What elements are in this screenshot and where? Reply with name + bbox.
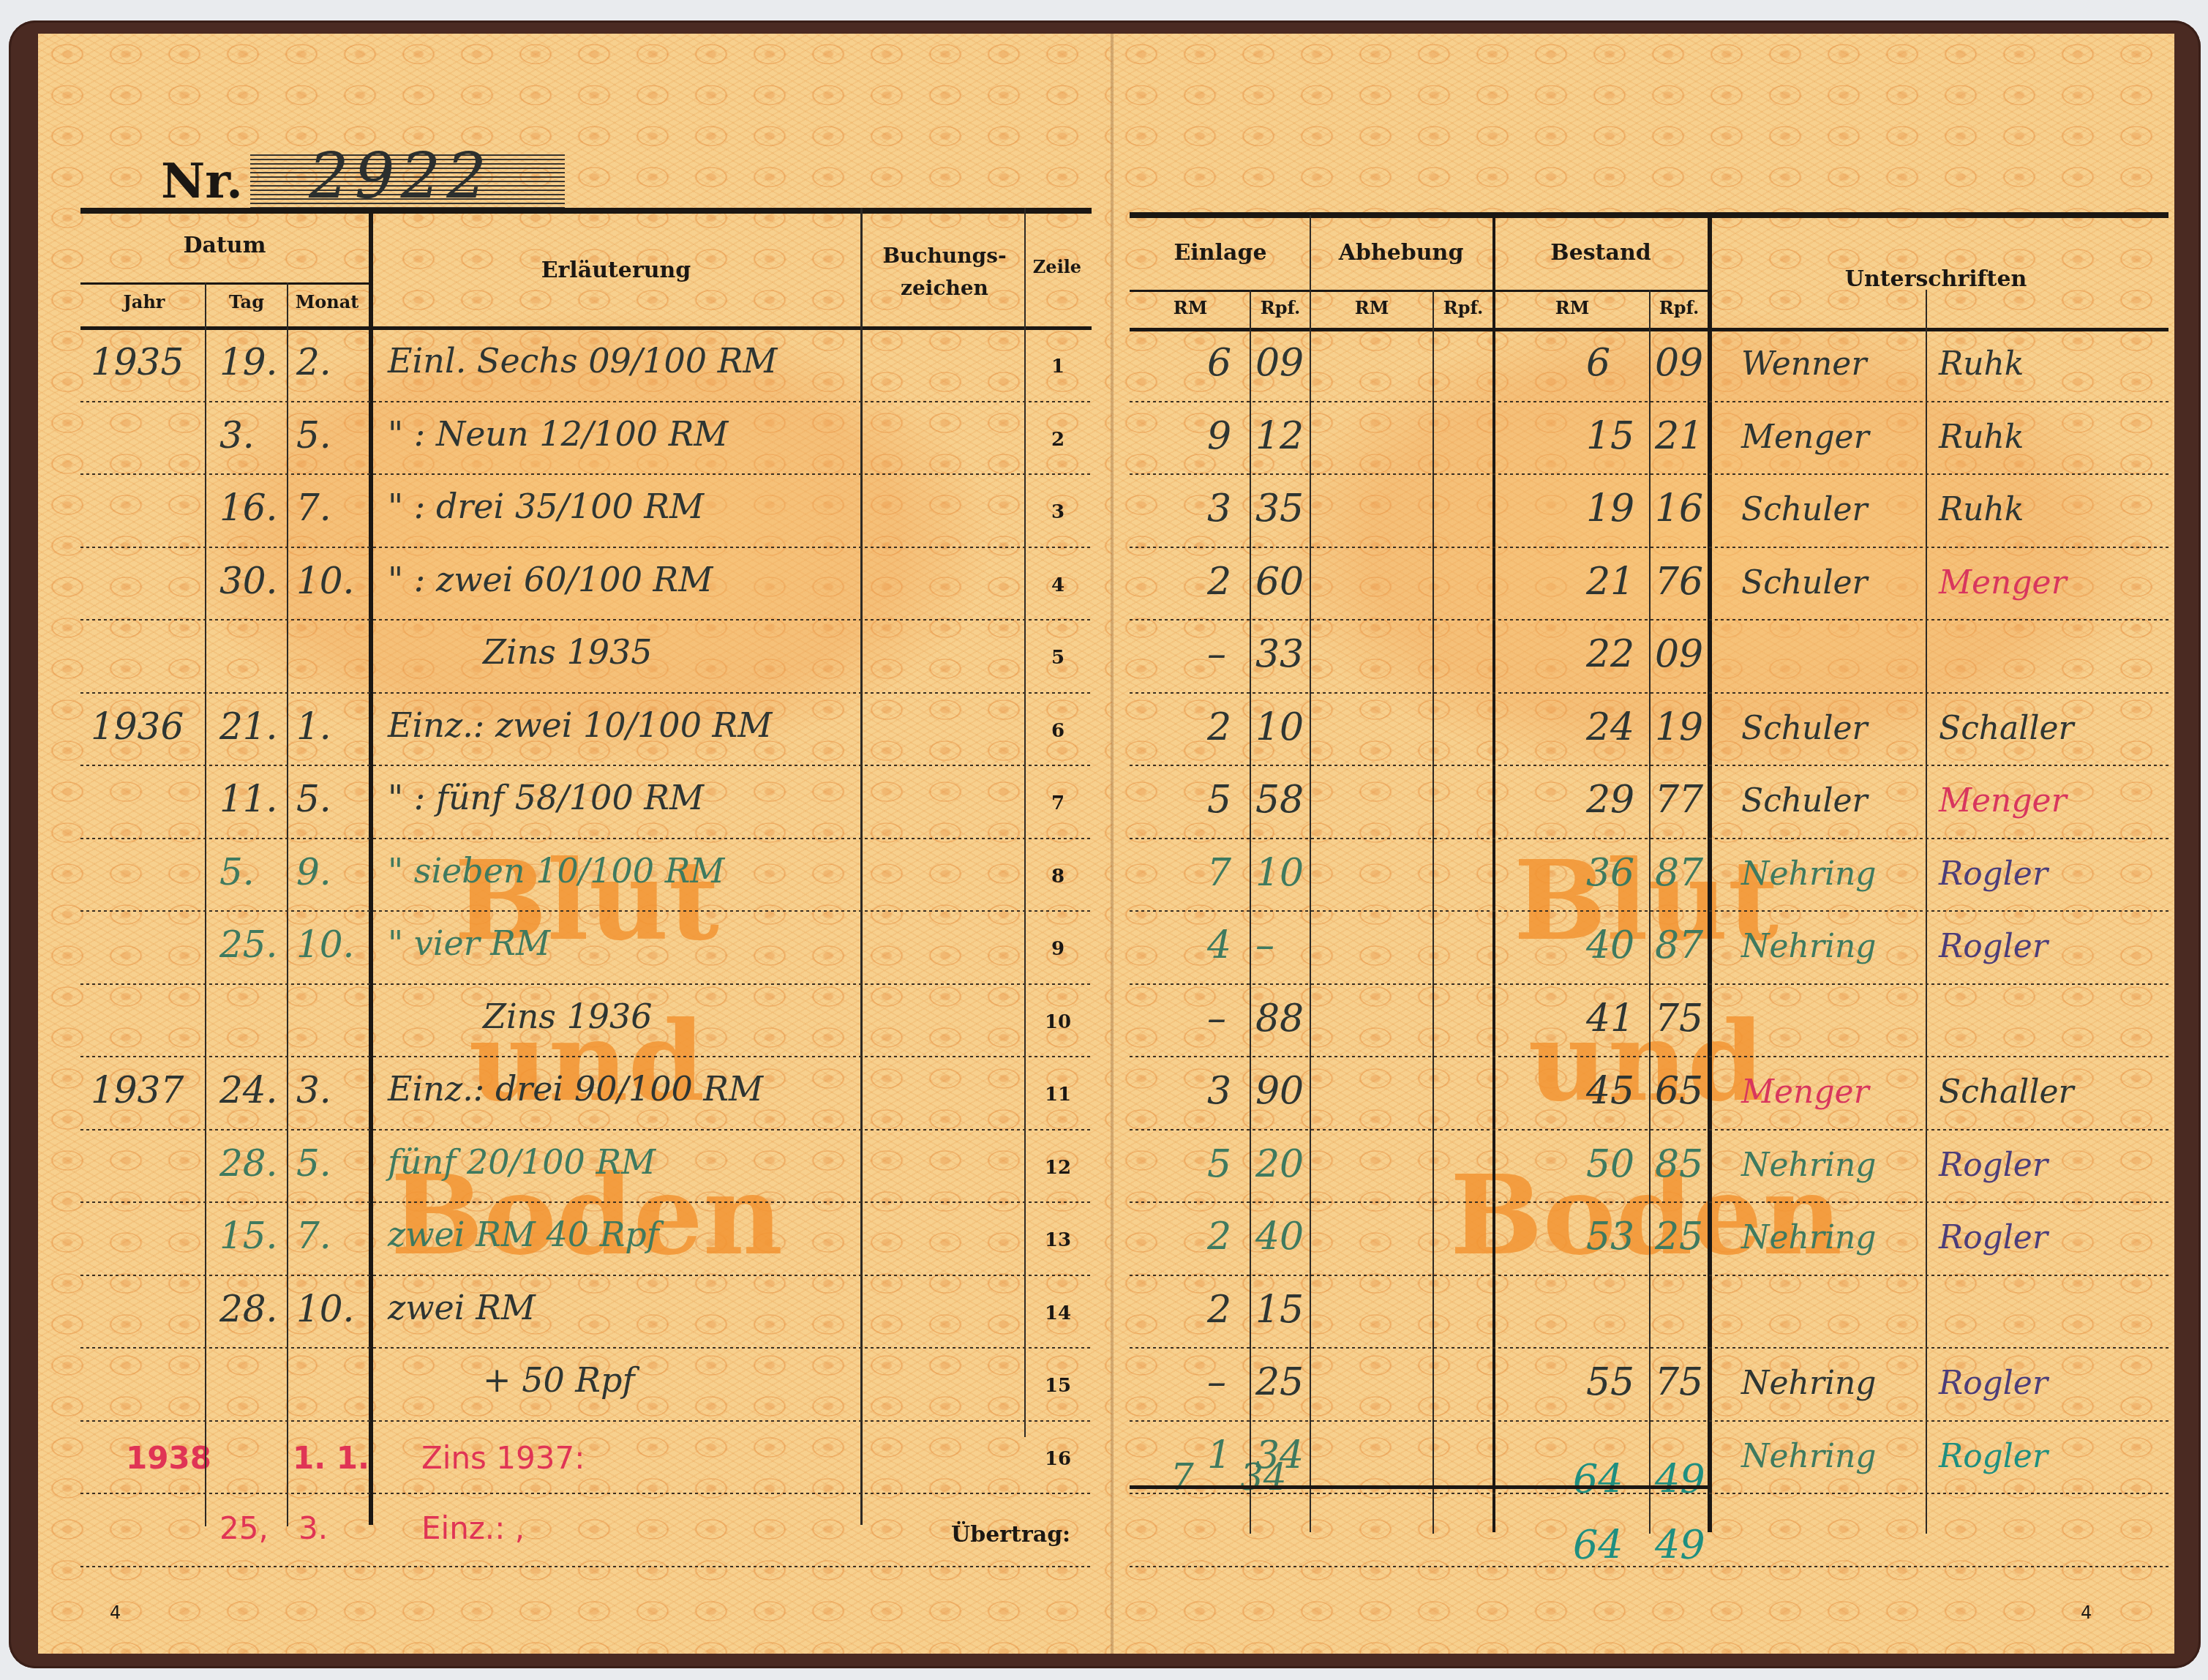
entry-month: 9.: [296, 851, 331, 893]
header-buchungszeichen: Buchungs- zeichen: [863, 240, 1026, 304]
einlage-rpf: 35: [1255, 487, 1304, 530]
entry-month: 5.: [296, 778, 331, 820]
signature-clerk-2: Ruhk: [1939, 345, 2024, 383]
col-divider: [1492, 215, 1495, 1532]
bestand-rm: 6: [1586, 341, 1610, 385]
bestand-rm: 15: [1586, 414, 1634, 458]
signature-clerk-2: Menger: [1939, 782, 2067, 820]
einlage-rpf: 09: [1255, 341, 1304, 385]
bestand-rm: 45: [1586, 1069, 1634, 1113]
bestand-rpf: 85: [1655, 1142, 1703, 1186]
entry-month: 10.: [296, 560, 355, 602]
entry-description: Zins 1935: [483, 632, 653, 672]
row-rule: [80, 1420, 1092, 1422]
row-rule: [1130, 1201, 2168, 1203]
row-rule: [1130, 401, 2168, 402]
zeile-number: 5: [1036, 647, 1080, 669]
entry-description: fünf 20/100 RM: [388, 1142, 656, 1182]
zeile-number: 11: [1036, 1084, 1080, 1106]
entry-day: 16.: [219, 487, 278, 529]
header-rpf: Rpf.: [1651, 297, 1708, 318]
col-divider: [1310, 215, 1311, 1532]
entry-day: 28.: [219, 1288, 278, 1330]
zeile-number: 8: [1036, 866, 1080, 888]
spine-fold: [1111, 34, 1114, 1654]
bestand-rpf: 75: [1655, 997, 1703, 1040]
entry-description: " vier RM: [388, 923, 550, 963]
row-rule: [1130, 1129, 2168, 1130]
row-rule: [1130, 1347, 2168, 1349]
zeile-number: 15: [1036, 1375, 1080, 1397]
bestand-rm: 24: [1586, 705, 1634, 749]
row-rule: [80, 401, 1092, 402]
einlage-rm: 1: [1207, 1433, 1231, 1477]
bestand-rpf: 65: [1655, 1069, 1703, 1113]
einlage-rm: 2: [1207, 560, 1231, 604]
entry-day: 11.: [219, 778, 278, 820]
entry-description: " : fünf 58/100 RM: [388, 778, 704, 817]
header-abhebung: Abhebung: [1310, 240, 1492, 266]
header-rm: RM: [1495, 297, 1649, 318]
signature-clerk-1: Schuler: [1741, 710, 1868, 747]
entry-month: 5.: [296, 1142, 331, 1185]
signature-clerk-2: Ruhk: [1939, 419, 2024, 456]
header-bottom-rule: [80, 326, 1092, 330]
header-top-rule: [80, 208, 1092, 214]
einlage-rpf: 15: [1255, 1288, 1304, 1332]
row-rule: [80, 1129, 1092, 1130]
einlage-rpf: 25: [1255, 1360, 1304, 1404]
header-jahr: Jahr: [82, 291, 206, 312]
bestand-rm: 40: [1586, 923, 1634, 967]
header-monat: Monat: [287, 291, 367, 312]
col-divider: [287, 282, 288, 1526]
bestand-rpf-total: 49: [1655, 1456, 1705, 1502]
einlage-rm: 2: [1207, 1288, 1231, 1332]
signature-clerk-2: Rogler: [1939, 1438, 2048, 1475]
entry-description: " : drei 35/100 RM: [388, 487, 704, 526]
entry-month: 2.: [296, 341, 331, 383]
col-divider: [369, 208, 373, 1525]
signature-clerk-1: Schuler: [1741, 491, 1868, 528]
entry-day: 3.: [219, 414, 255, 457]
datum-subrule: [80, 282, 370, 285]
einlage-rpf: 40: [1255, 1215, 1304, 1259]
einlage-rm: 3: [1207, 1069, 1231, 1113]
row-rule: [1130, 1493, 2168, 1494]
einlage-rm: 4: [1207, 923, 1231, 967]
entry-description: + 50 Rpf: [483, 1360, 634, 1400]
header-datum: Datum: [82, 233, 367, 258]
entry-description: zwei RM: [388, 1288, 536, 1327]
row-rule: [80, 765, 1092, 766]
row-rule: [80, 547, 1092, 548]
bestand-rm: 53: [1586, 1215, 1634, 1259]
row-rule: [80, 838, 1092, 839]
bestand-rm: 29: [1586, 778, 1634, 822]
header-rm: RM: [1311, 297, 1432, 318]
row-rule: [80, 473, 1092, 475]
bestand-rpf: 19: [1655, 705, 1703, 749]
zeile-number: 16: [1036, 1448, 1080, 1470]
entry-month: 10.: [296, 1288, 355, 1330]
row-rule: [1130, 547, 2168, 548]
einlage-rpf: 12: [1255, 414, 1304, 458]
einlage-rpf: –: [1255, 923, 1274, 967]
signature-clerk-1: Nehring: [1741, 1147, 1877, 1184]
bestand-rpf: 09: [1655, 341, 1703, 385]
einlage-rm: 6: [1207, 341, 1231, 385]
entry-year: 1935: [91, 341, 184, 383]
bestand-rpf: 16: [1655, 487, 1703, 530]
uebertrag-label: Übertrag:: [951, 1522, 1070, 1548]
zeile-number: 10: [1036, 1011, 1080, 1033]
row-rule: [1130, 619, 2168, 620]
row-rule: [1130, 692, 2168, 694]
col-divider: [205, 282, 206, 1526]
signature-clerk-2: Rogler: [1939, 855, 2048, 893]
zeile-number: 1: [1036, 356, 1080, 378]
entry-day: 25.: [219, 923, 278, 966]
stamp-day-25: 25,: [219, 1510, 269, 1546]
zeile-number: 6: [1036, 720, 1080, 742]
entry-day: 21.: [219, 705, 278, 748]
stamp-month-3: 3.: [298, 1510, 328, 1546]
row-rule: [1130, 473, 2168, 475]
header-rm: RM: [1131, 297, 1250, 318]
row-rule: [80, 1056, 1092, 1057]
einlage-rpf: 60: [1255, 560, 1304, 604]
signature-clerk-2: Rogler: [1939, 928, 2048, 965]
page-number-right: 4: [2081, 1602, 2092, 1623]
signature-clerk-2: Ruhk: [1939, 491, 2024, 528]
entry-month: 10.: [296, 923, 355, 966]
stamp-year-1938: 1938: [126, 1440, 211, 1476]
entry-month: 5.: [296, 414, 331, 457]
einlage-rpf: 88: [1255, 997, 1304, 1040]
signature-clerk-1: Nehring: [1741, 1365, 1877, 1402]
signature-clerk-2: Rogler: [1939, 1219, 2048, 1256]
stamp-date-1-1: 1. 1.: [293, 1440, 369, 1476]
row-rule: [1130, 1275, 2168, 1276]
signature-clerk-1: Nehring: [1741, 1219, 1877, 1256]
einlage-rm: –: [1207, 632, 1226, 676]
bestand-rpf: 87: [1655, 923, 1703, 967]
row-rule: [80, 1275, 1092, 1276]
row-rule: [1130, 910, 2168, 912]
einlage-rm: 3: [1207, 487, 1231, 530]
row-rule: [80, 983, 1092, 985]
signature-clerk-1: Menger: [1741, 419, 1869, 456]
einlage-rpf: 90: [1255, 1069, 1304, 1113]
entry-day: 28.: [219, 1142, 278, 1185]
bestand-rm: 21: [1586, 560, 1634, 604]
entry-month: 7.: [296, 1215, 331, 1257]
entry-day: 30.: [219, 560, 278, 602]
einlage-rm: 5: [1207, 778, 1231, 822]
einlage-rpf: 34: [1255, 1433, 1304, 1477]
entry-description: zwei RM 40 Rpf: [388, 1215, 659, 1254]
row-rule: [80, 1201, 1092, 1203]
signature-clerk-1: Schuler: [1741, 782, 1868, 820]
header-rpf: Rpf.: [1434, 297, 1492, 318]
bestand-rm: 50: [1586, 1142, 1634, 1186]
zeile-number: 12: [1036, 1157, 1080, 1179]
row-rule: [80, 619, 1092, 620]
header-rpf: Rpf.: [1251, 297, 1310, 318]
signature-clerk-1: Nehring: [1741, 855, 1877, 893]
bestand-rpf: 75: [1655, 1360, 1703, 1404]
entry-description: Einz.: drei 90/100 RM: [388, 1069, 763, 1109]
row-rule: [1130, 1056, 2168, 1057]
einlage-rm: –: [1207, 997, 1226, 1040]
row-rule: [1130, 838, 2168, 839]
entry-description: " : zwei 60/100 RM: [388, 560, 713, 599]
entry-description: Einz.: zwei 10/100 RM: [388, 705, 772, 745]
signature-clerk-2: Schaller: [1939, 710, 2074, 747]
bestand-rm: 55: [1586, 1360, 1634, 1404]
bestand-rm-carry: 64: [1573, 1522, 1623, 1568]
bestand-rpf: 87: [1655, 851, 1703, 895]
einlage-rm: 9: [1207, 414, 1231, 458]
entry-description: " sieben 10/100 RM: [388, 851, 724, 890]
bestand-rm: 36: [1586, 851, 1634, 895]
einlage-rpf: 10: [1255, 705, 1304, 749]
row-rule: [1130, 1420, 2168, 1422]
einlage-rpf: 58: [1255, 778, 1304, 822]
bestand-rm: 41: [1586, 997, 1634, 1040]
row-rule: [80, 1566, 1092, 1567]
bestand-rpf: 25: [1655, 1215, 1703, 1259]
entry-month: 3.: [296, 1069, 331, 1111]
entry-description: Einl. Sechs 09/100 RM: [388, 341, 777, 380]
entry-year: 1937: [91, 1069, 184, 1111]
signature-clerk-1: Nehring: [1741, 928, 1877, 965]
signature-clerk-1: Schuler: [1741, 564, 1868, 601]
entry-day: 19.: [219, 341, 278, 383]
einlage-rm: –: [1207, 1360, 1226, 1404]
einlage-rm: 2: [1207, 705, 1231, 749]
row-rule: [80, 1493, 1092, 1494]
entry-month: 1.: [296, 705, 331, 748]
entry-day: 5.: [219, 851, 255, 893]
header-tag: Tag: [206, 291, 287, 312]
header-zeile: Zeile: [1026, 256, 1089, 277]
zeile-number: 7: [1036, 792, 1080, 814]
stamp-einzahlung: Einz.: ,: [421, 1510, 525, 1546]
row-rule: [1130, 983, 2168, 985]
bestand-rpf: 21: [1655, 414, 1703, 458]
bestand-rm-total: 64: [1573, 1456, 1623, 1502]
row-rule: [1130, 765, 2168, 766]
header-unterschriften: Unterschriften: [1709, 266, 2163, 292]
entry-month: 7.: [296, 487, 331, 529]
row-rule: [80, 910, 1092, 912]
nr-label: Nr.: [161, 152, 243, 209]
bestand-rpf: 77: [1655, 778, 1703, 822]
header-erlaeuterung: Erläuterung: [372, 258, 860, 283]
bestand-rpf: 09: [1655, 632, 1703, 676]
zeile-number: 9: [1036, 938, 1080, 960]
col-divider: [1708, 215, 1712, 1532]
row-rule: [80, 692, 1092, 694]
zeile-number: 4: [1036, 574, 1080, 596]
einlage-rpf: 33: [1255, 632, 1304, 676]
row-rule: [80, 1347, 1092, 1349]
signature-clerk-1: Menger: [1741, 1073, 1869, 1111]
sum-rule: [1130, 1485, 1708, 1489]
einlage-rpf: 20: [1255, 1142, 1304, 1186]
page-number-left: 4: [110, 1602, 121, 1623]
passbook-number: 2922: [309, 140, 492, 213]
header-einlage: Einlage: [1131, 240, 1310, 266]
entry-day: 24.: [219, 1069, 278, 1111]
stamp-zins-1937: Zins 1937:: [421, 1440, 585, 1476]
signature-clerk-2: Rogler: [1939, 1365, 2048, 1402]
col-divider: [1024, 208, 1026, 1437]
bestand-rpf-carry: 49: [1655, 1522, 1705, 1568]
signature-clerk-2: Menger: [1939, 564, 2067, 601]
einlage-rm: 7: [1207, 851, 1231, 895]
signature-clerk-2: Rogler: [1939, 1147, 2048, 1184]
header-top-rule: [1130, 212, 2168, 218]
entry-day: 15.: [219, 1215, 278, 1257]
entry-description: " : Neun 12/100 RM: [388, 414, 728, 454]
subheader-rule: [1130, 290, 1709, 292]
signature-clerk-1: Nehring: [1741, 1438, 1877, 1475]
einlage-rm: 2: [1207, 1215, 1231, 1259]
signature-clerk-1: Wenner: [1741, 345, 1866, 383]
zeile-number: 14: [1036, 1302, 1080, 1324]
col-divider: [860, 208, 863, 1525]
zeile-number: 3: [1036, 501, 1080, 523]
entry-year: 1936: [91, 705, 184, 748]
row-rule: [1130, 1566, 2168, 1567]
bestand-rm: 19: [1586, 487, 1634, 530]
header-bestand: Bestand: [1492, 240, 1709, 266]
bestand-rpf: 76: [1655, 560, 1703, 604]
zeile-number: 13: [1036, 1229, 1080, 1251]
entry-description: Zins 1936: [483, 997, 653, 1036]
signature-clerk-2: Schaller: [1939, 1073, 2074, 1111]
zeile-number: 2: [1036, 429, 1080, 451]
einlage-rpf: 10: [1255, 851, 1304, 895]
einlage-rm: 5: [1207, 1142, 1231, 1186]
bestand-rm: 22: [1586, 632, 1634, 676]
